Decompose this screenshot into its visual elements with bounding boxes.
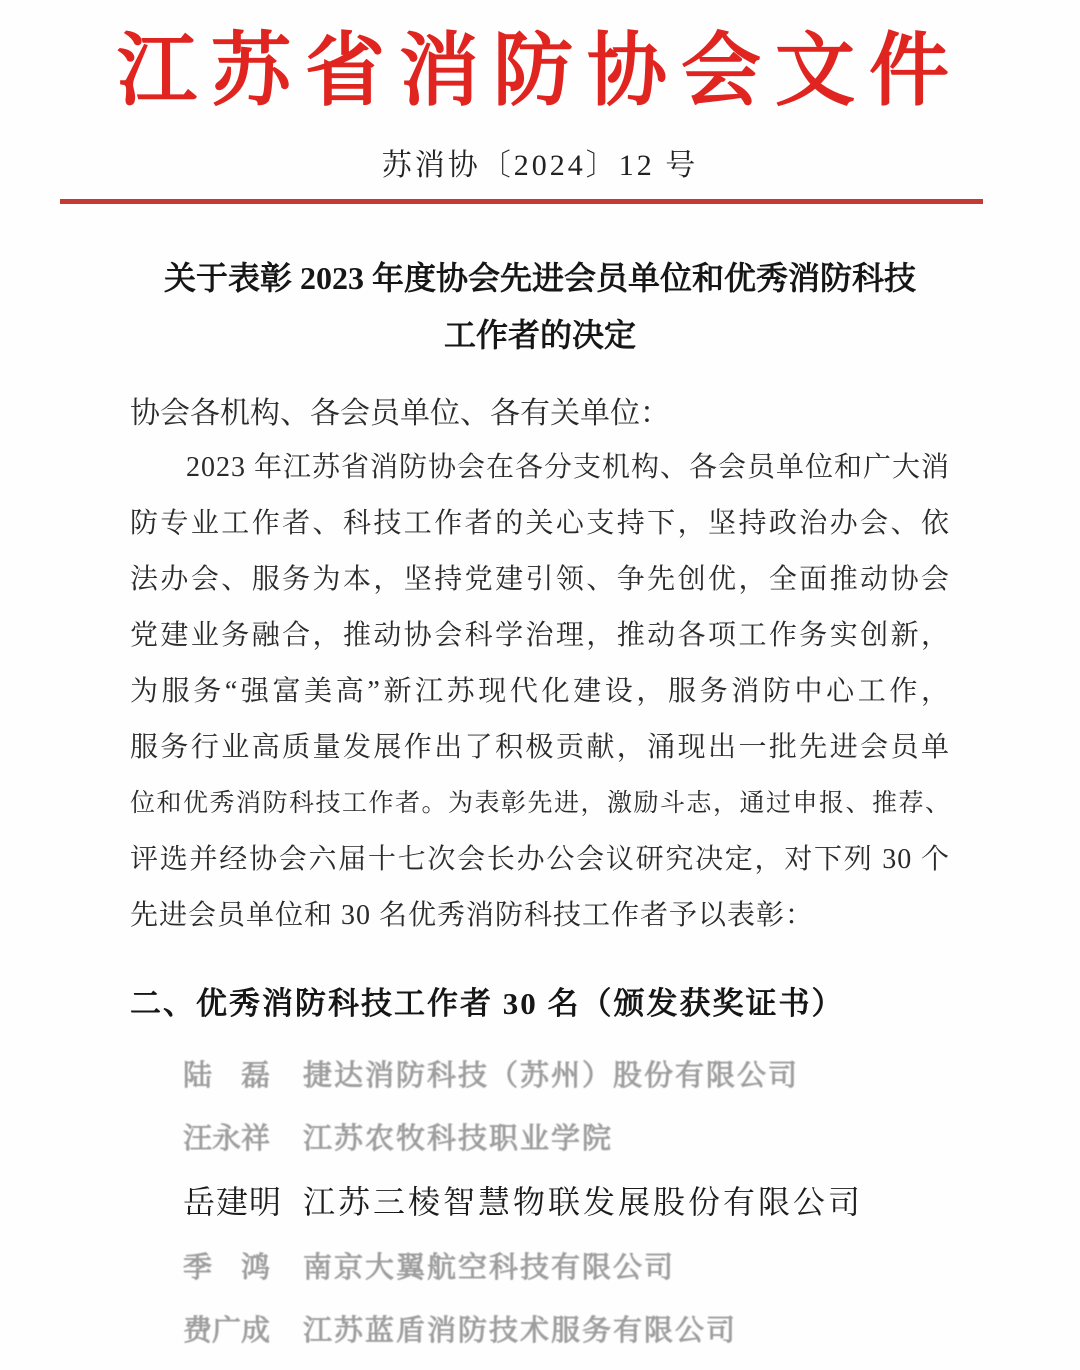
letterhead-rule xyxy=(60,199,983,204)
awardee-row-highlighted: 岳建明 江苏三棱智慧物联发展股份有限公司 xyxy=(183,1185,1080,1219)
awardee-organization: 江苏蓝盾消防技术服务有限公司 xyxy=(303,1314,737,1348)
awardee-row: 季 鸿 南京大翼航空科技有限公司 xyxy=(183,1251,1080,1285)
awardee-row: 汪永祥 江苏农牧科技职业学院 xyxy=(183,1122,1080,1156)
body-line: 为服务“强富美高”新江苏现代化建设，服务消防中心工作， xyxy=(130,664,950,720)
awardee-organization: 江苏农牧科技职业学院 xyxy=(303,1122,613,1156)
awardee-name: 陆 磊 xyxy=(183,1059,283,1093)
official-document-page: 江苏省消防协会文件 苏消协〔2024〕12 号 关于表彰 2023 年度协会先进… xyxy=(0,0,1080,1370)
document-title-line-1: 关于表彰 2023 年度协会先进会员单位和优秀消防科技 xyxy=(0,250,1080,307)
body-paragraph: 2023 年江苏省消防协会在各分支机构、各会员单位和广大消 防专业工作者、科技工… xyxy=(130,440,950,944)
awardee-row: 费广成 江苏蓝盾消防技术服务有限公司 xyxy=(183,1314,1080,1348)
body-line: 评选并经协会六届十七次会长办公会议研究决定，对下列 30 个 xyxy=(130,832,950,888)
body-line: 防专业工作者、科技工作者的关心支持下，坚持政治办会、依 xyxy=(130,496,950,552)
document-title: 关于表彰 2023 年度协会先进会员单位和优秀消防科技 工作者的决定 xyxy=(0,250,1080,364)
letterhead-title: 江苏省消防协会文件 xyxy=(0,0,1080,118)
body-line: 法办会、服务为本，坚持党建引领、争先创优，全面推动协会 xyxy=(130,552,950,608)
document-title-line-2: 工作者的决定 xyxy=(0,307,1080,364)
salutation: 协会各机构、各会员单位、各有关单位： xyxy=(130,394,950,434)
body-line: 位和优秀消防科技工作者。为表彰先进，激励斗志，通过申报、推荐、 xyxy=(130,776,950,832)
awardee-row: 陆 磊 捷达消防科技（苏州）股份有限公司 xyxy=(183,1059,1080,1093)
section-heading-award-workers: 二、优秀消防科技工作者 30 名（颁发获奖证书） xyxy=(130,978,1080,1023)
awardee-name: 汪永祥 xyxy=(183,1122,283,1156)
awardee-organization: 捷达消防科技（苏州）股份有限公司 xyxy=(303,1059,799,1093)
body-line: 先进会员单位和 30 名优秀消防科技工作者予以表彰： xyxy=(130,888,950,944)
awardee-list: 陆 磊 捷达消防科技（苏州）股份有限公司 汪永祥 江苏农牧科技职业学院 岳建明 … xyxy=(183,1059,1080,1348)
body-line: 党建业务融合，推动协会科学治理，推动各项工作务实创新， xyxy=(130,608,950,664)
document-number: 苏消协〔2024〕12 号 xyxy=(0,140,1080,184)
awardee-name: 费广成 xyxy=(183,1314,283,1348)
body-line: 服务行业高质量发展作出了积极贡献，涌现出一批先进会员单 xyxy=(130,720,950,776)
awardee-organization: 江苏三棱智慧物联发展股份有限公司 xyxy=(303,1185,863,1219)
body-line: 2023 年江苏省消防协会在各分支机构、各会员单位和广大消 xyxy=(130,440,950,496)
awardee-organization: 南京大翼航空科技有限公司 xyxy=(303,1251,675,1285)
awardee-name: 季 鸿 xyxy=(183,1251,283,1285)
awardee-name: 岳建明 xyxy=(183,1185,283,1219)
